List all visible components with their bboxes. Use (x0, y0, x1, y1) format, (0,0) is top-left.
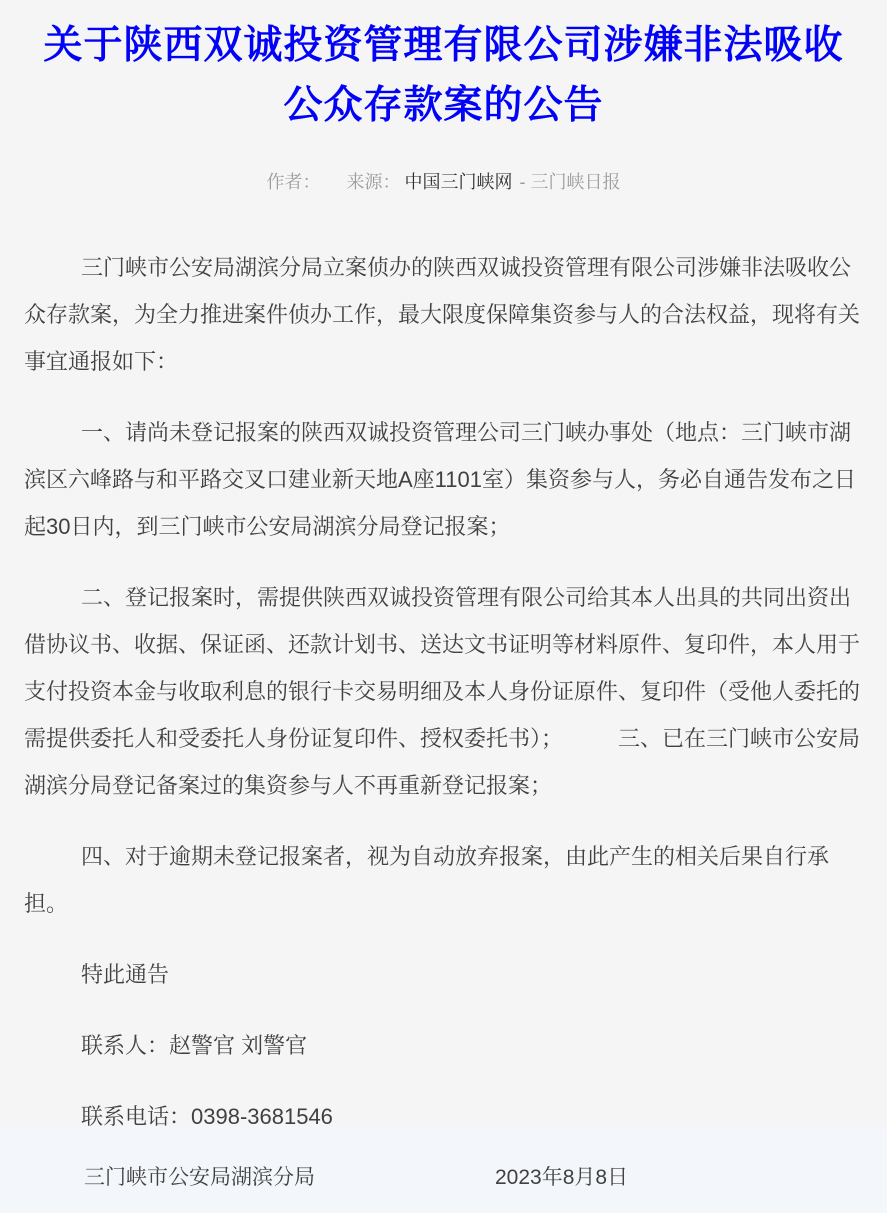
source-name: 中国三门峡网 (404, 172, 512, 192)
article-body: 三门峡市公安局湖滨分局立案侦办的陕西双诚投资管理有限公司涉嫌非法吸收公众存款案，… (24, 244, 863, 1140)
issuing-organization: 三门峡市公安局湖滨分局 (84, 1163, 315, 1193)
paragraph-item-4: 四、对于逾期未登记报案者，视为自动放弃报案，由此产生的相关后果自行承担。 (24, 833, 863, 927)
paragraph-item-1: 一、请尚未登记报案的陕西双诚投资管理公司三门峡办事处（地点：三门峡市湖滨区六峰路… (24, 409, 863, 550)
article-meta: 作者：来源：中国三门峡网 - 三门峡日报 (24, 170, 863, 194)
announcement-document: 关于陕西双诚投资管理有限公司涉嫌非法吸收公众存款案的公告 作者：来源：中国三门峡… (0, 0, 887, 1127)
author-label: 作者： (266, 172, 320, 192)
contact-phone-line: 联系电话：0398-3681546 (24, 1093, 863, 1140)
source-label: 来源： (346, 172, 400, 192)
paragraph-item-2-3: 二、登记报案时，需提供陕西双诚投资管理有限公司给其本人出具的共同出资出借协议书、… (24, 574, 863, 809)
signature-row: 三门峡市公安局湖滨分局 2023年8月8日 (0, 1163, 887, 1193)
paragraph-intro: 三门峡市公安局湖滨分局立案侦办的陕西双诚投资管理有限公司涉嫌非法吸收公众存款案，… (24, 244, 863, 385)
source-secondary: - 三门峡日报 (520, 172, 621, 192)
issue-date: 2023年8月8日 (495, 1163, 628, 1193)
page-title: 关于陕西双诚投资管理有限公司涉嫌非法吸收公众存款案的公告 (24, 16, 863, 136)
closing-notice: 特此通告 (24, 951, 863, 998)
contact-person-line: 联系人：赵警官 刘警官 (24, 1022, 863, 1069)
